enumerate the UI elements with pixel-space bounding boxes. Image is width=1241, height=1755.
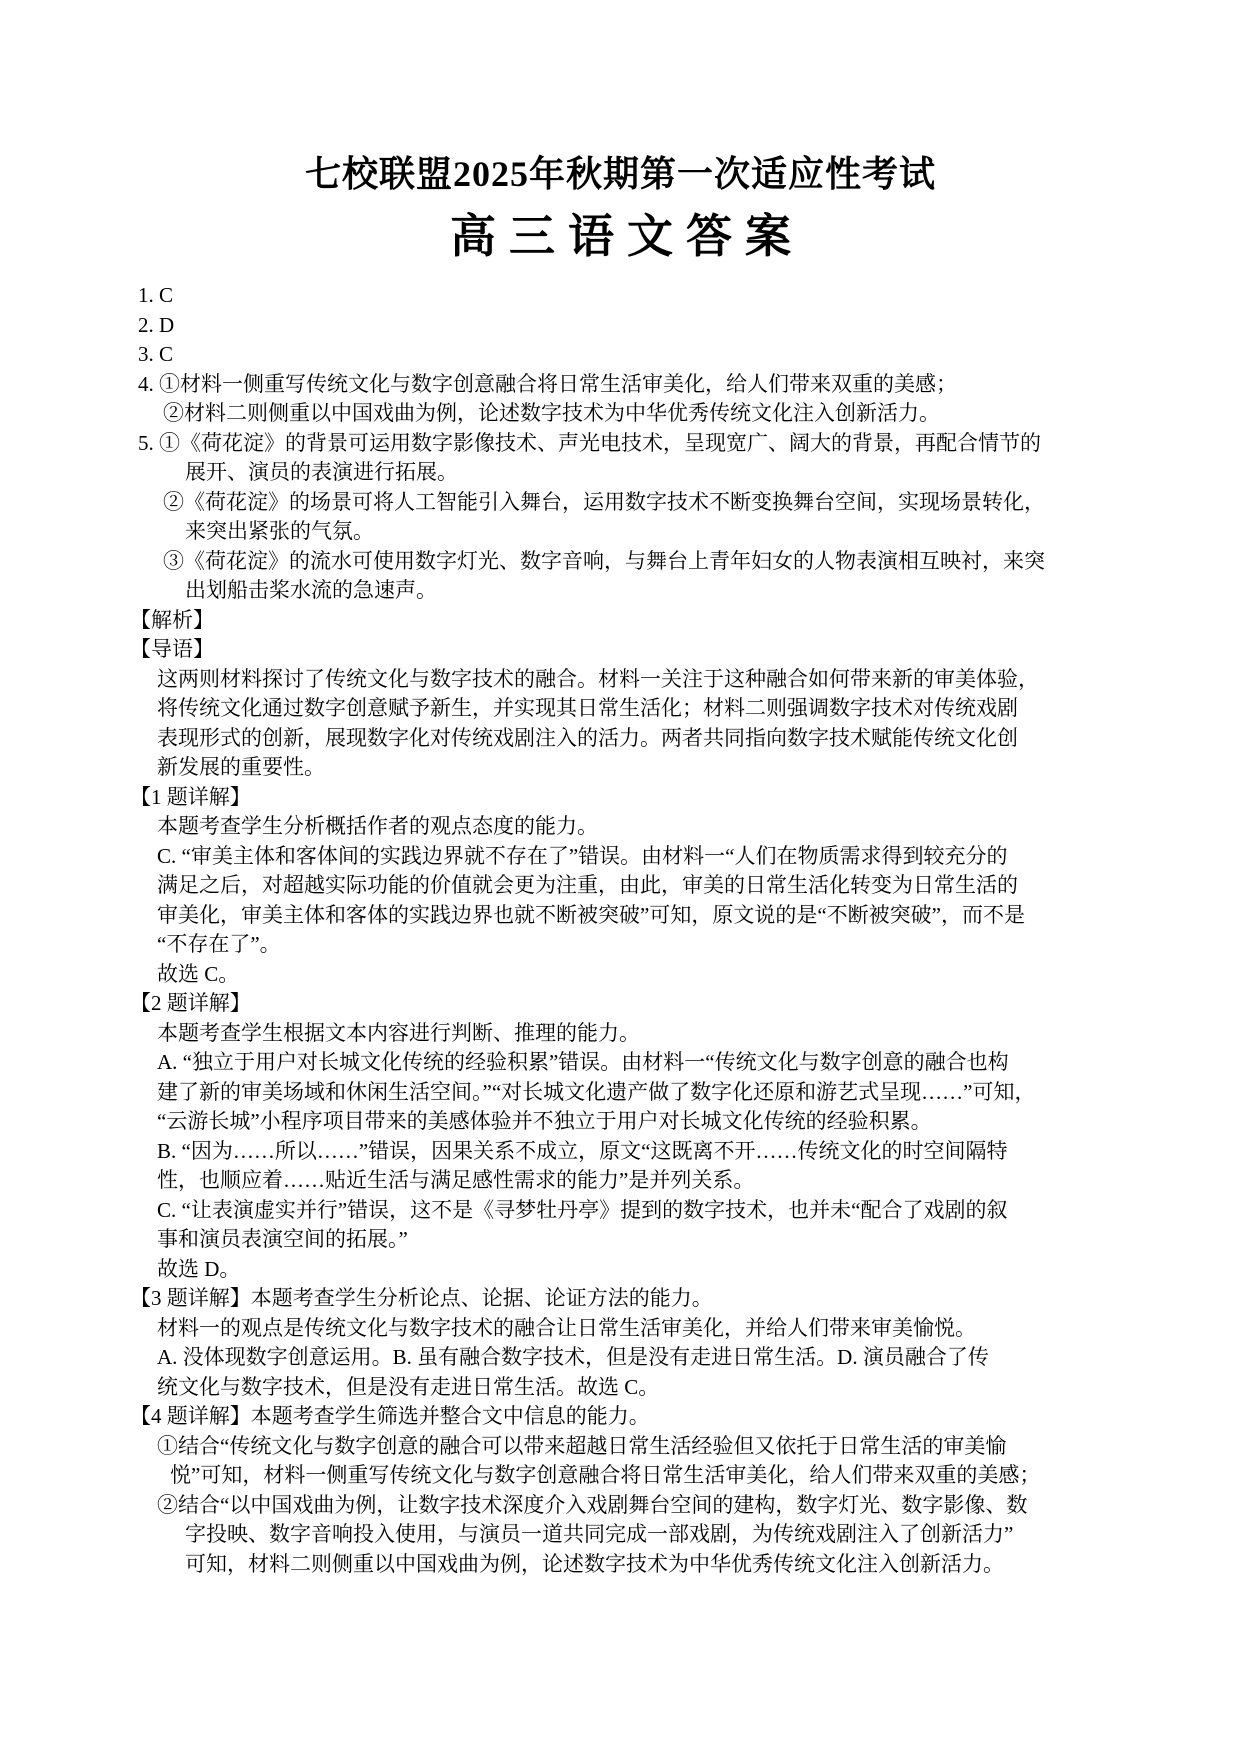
- text-line: 【3 题详解】本题考查学生分析论点、论据、论证方法的能力。: [130, 1284, 1141, 1314]
- text-line: 故选 D。: [157, 1255, 1141, 1285]
- text-line: ③《荷花淀》的流水可使用数字灯光、数字音响，与舞台上青年妇女的人物表演相互映衬，…: [163, 547, 1141, 577]
- text-line: 满足之后，对超越实际功能的价值就会更为注重，由此，审美的日常生活化转变为日常生活…: [157, 871, 1141, 901]
- text-line: 这两则材料探讨了传统文化与数字技术的融合。材料一关注于这种融合如何带来新的审美体…: [157, 665, 1141, 695]
- text-line: 2. D: [138, 311, 1141, 341]
- text-line: 材料一的观点是传统文化与数字技术的融合让日常生活审美化，并给人们带来审美愉悦。: [157, 1314, 1141, 1344]
- document-header: 七校联盟2025年秋期第一次适应性考试 高三语文答案: [0, 0, 1241, 266]
- text-line: 【2 题详解】: [130, 989, 1141, 1019]
- text-line: 表现形式的创新，展现数字化对传统戏剧注入的活力。两者共同指向数字技术赋能传统文化…: [157, 724, 1141, 754]
- text-line: 【4 题详解】本题考查学生筛选并整合文中信息的能力。: [130, 1402, 1141, 1432]
- text-line: ①结合“传统文化与数字创意的融合可以带来超越日常生活经验但又依托于日常生活的审美…: [157, 1432, 1141, 1462]
- document-page: 七校联盟2025年秋期第一次适应性考试 高三语文答案 1. C2. D3. C4…: [0, 0, 1241, 1755]
- text-line: ②《荷花淀》的场景可将人工智能引入舞台，运用数字技术不断变换舞台空间，实现场景转…: [163, 488, 1141, 518]
- text-line: C. “审美主体和客体间的实践边界就不存在了”错误。由材料一“人们在物质需求得到…: [157, 842, 1141, 872]
- text-line: 【1 题详解】: [130, 783, 1141, 813]
- text-line: 出划船击桨水流的急速声。: [185, 576, 1141, 606]
- text-line: 事和演员表演空间的拓展。”: [157, 1225, 1141, 1255]
- text-line: 建了新的审美场域和休闲生活空间。”“对长城文化遗产做了数字化还原和游艺式呈现………: [157, 1078, 1141, 1108]
- text-line: 本题考查学生根据文本内容进行判断、推理的能力。: [157, 1019, 1141, 1049]
- text-line: “不存在了”。: [157, 930, 1141, 960]
- text-line: 3. C: [138, 340, 1141, 370]
- text-line: 可知，材料二则侧重以中国戏曲为例，论述数字技术为中华优秀传统文化注入创新活力。: [185, 1550, 1141, 1580]
- text-line: C. “让表演虚实并行”错误，这不是《寻梦牡丹亭》提到的数字技术，也并未“配合了…: [157, 1196, 1141, 1226]
- exam-title: 七校联盟2025年秋期第一次适应性考试: [0, 150, 1241, 198]
- text-line: 将传统文化通过数字创意赋予新生，并实现其日常生活化；材料二则强调数字技术对传统戏…: [157, 694, 1141, 724]
- text-line: 【导语】: [130, 635, 1141, 665]
- text-line: 4. ①材料一侧重写传统文化与数字创意融合将日常生活审美化，给人们带来双重的美感…: [138, 370, 1141, 400]
- text-line: ②材料二则侧重以中国戏曲为例，论述数字技术为中华优秀传统文化注入创新活力。: [163, 399, 1141, 429]
- text-line: 【解析】: [130, 606, 1141, 636]
- text-line: A. 没体现数字创意运用。B. 虽有融合数字技术，但是没有走进日常生活。D. 演…: [157, 1343, 1141, 1373]
- text-line: 新发展的重要性。: [157, 753, 1141, 783]
- subject-title: 高三语文答案: [0, 206, 1241, 266]
- text-line: 性，也顺应着……贴近生活与满足感性需求的能力”是并列关系。: [157, 1166, 1141, 1196]
- text-line: “云游长城”小程序项目带来的美感体验并不独立于用户对长城文化传统的经验积累。: [157, 1107, 1141, 1137]
- text-line: 悦”可知，材料一侧重写传统文化与数字创意融合将日常生活审美化，给人们带来双重的美…: [170, 1461, 1141, 1491]
- text-line: 审美化，审美主体和客体的实践边界也就不断被突破”可知，原文说的是“不断被突破”，…: [157, 901, 1141, 931]
- answer-content: 1. C2. D3. C4. ①材料一侧重写传统文化与数字创意融合将日常生活审美…: [0, 281, 1241, 1579]
- text-line: 来突出紧张的气氛。: [185, 517, 1141, 547]
- text-line: 1. C: [138, 281, 1141, 311]
- text-line: 本题考查学生分析概括作者的观点态度的能力。: [157, 812, 1141, 842]
- text-line: 字投映、数字音响投入使用，与演员一道共同完成一部戏剧，为传统戏剧注入了创新活力”: [185, 1520, 1141, 1550]
- text-line: 统文化与数字技术，但是没有走进日常生活。故选 C。: [157, 1373, 1141, 1403]
- text-line: 故选 C。: [157, 960, 1141, 990]
- text-line: ②结合“以中国戏曲为例，让数字技术深度介入戏剧舞台空间的建构，数字灯光、数字影像…: [157, 1491, 1141, 1521]
- text-line: A. “独立于用户对长城文化传统的经验积累”错误。由材料一“传统文化与数字创意的…: [157, 1048, 1141, 1078]
- text-line: B. “因为……所以……”错误，因果关系不成立，原文“这既离不开……传统文化的时…: [157, 1137, 1141, 1167]
- text-line: 展开、演员的表演进行拓展。: [185, 458, 1141, 488]
- text-line: 5. ①《荷花淀》的背景可运用数字影像技术、声光电技术，呈现宽广、阔大的背景，再…: [138, 429, 1141, 459]
